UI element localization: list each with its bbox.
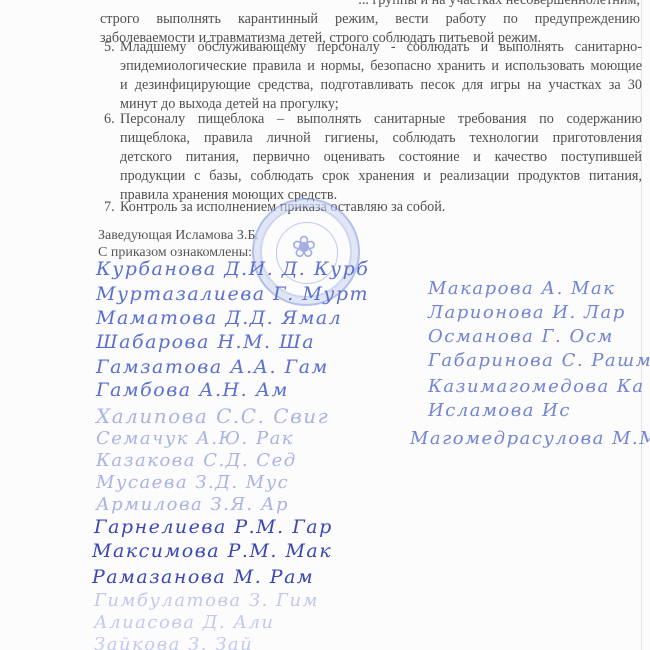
- signature-entry: Гамзатова А.А. Гам: [96, 356, 329, 378]
- signature-entry: Армилова З.Я. Ар: [96, 494, 289, 515]
- item-7: 7. Контроль за исполнением приказа остав…: [102, 198, 642, 217]
- signature-entry: Семачук А.Ю. Рак: [96, 428, 294, 449]
- signature-entry: Габаринова С. Рашм: [428, 350, 650, 371]
- item-6: 6. Персоналу пищеблока – выполнять санит…: [102, 110, 642, 205]
- signature-entry: Алиасова Д. Али: [94, 612, 275, 633]
- item-7-line: Контроль за исполнением приказа оставляю…: [120, 198, 642, 217]
- signature-entry: Магомедрасулова М.М.: [410, 428, 650, 449]
- signature-entry: Муртазалиева Г. Мурт: [96, 283, 369, 305]
- partial-top-line: ... группы и на участках несовершеннолет…: [100, 0, 640, 10]
- signature-entry: Казимагомедова Ка: [428, 376, 645, 397]
- signature-entry: Шабарова Н.М. Ша: [96, 331, 315, 353]
- signature-entry: Халипова С.С. Свиг: [96, 404, 329, 428]
- item-6-line: продукции с базы, соблюдать срок хранени…: [120, 167, 642, 186]
- signature-entry: Ларионова И. Лар: [428, 302, 626, 323]
- signature-entry: Гамбова А.Н. Ам: [96, 379, 289, 401]
- signature-entry: Маматова Д.Д. Ямал: [96, 307, 342, 329]
- signature-entry: Османова Г. Осм: [428, 326, 614, 347]
- item-6-line: детского питания, первично оценивать сос…: [120, 148, 642, 167]
- signature-entry: Мусаева З.Д. Мус: [96, 472, 289, 493]
- item-5-line: и дезинфицирующие средства, подготавлива…: [120, 76, 642, 95]
- item-6-line: пищеблока, правила личной гигиены, соблю…: [120, 129, 642, 148]
- item-7-number: 7.: [104, 198, 115, 217]
- item-5: 5. Младшему обслуживающему персоналу - с…: [102, 38, 642, 114]
- signature-entry: Зайкова З. Зай: [94, 634, 253, 650]
- signature-entry: Рамазанова М. Рам: [92, 566, 314, 588]
- item-6-line: Персоналу пищеблока – выполнять санитарн…: [120, 110, 642, 129]
- signature-entry: Гимбулатова З. Гим: [94, 590, 319, 611]
- item-5-number: 5.: [104, 38, 115, 57]
- signature-entry: Курбанова Д.И. Д. Курб: [96, 258, 369, 280]
- scanned-document-page: ... группы и на участках несовершеннолет…: [0, 0, 650, 650]
- signature-entry: Максимова Р.М. Мак: [92, 540, 332, 562]
- signature-entry: Макарова А. Мак: [428, 278, 615, 299]
- item-5-line: эпидемиологические правила и нормы, безо…: [120, 57, 642, 76]
- signature-entry: Исламова Ис: [428, 400, 571, 421]
- item-4-line-1: строго выполнять карантинный режим, вест…: [100, 10, 640, 29]
- signature-entry: Казакова С.Д. Сед: [96, 450, 297, 471]
- signature-entry: Гарнелиева Р.М. Гар: [94, 516, 333, 538]
- item-6-number: 6.: [104, 110, 115, 129]
- item-5-line: Младшему обслуживающему персоналу - собл…: [120, 38, 642, 57]
